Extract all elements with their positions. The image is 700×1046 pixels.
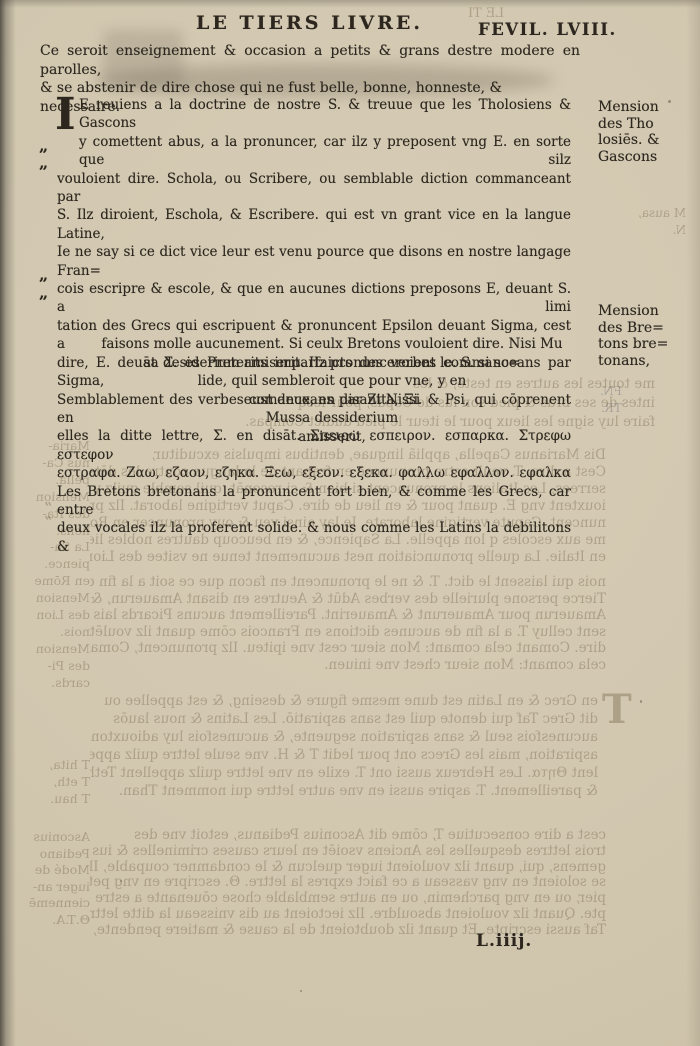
- taper-line: Mussa dessiderium: [70, 409, 594, 428]
- bleedthrough-block: en Grec & en Latin est dune mesme figure…: [90, 692, 598, 800]
- bleedthrough-margin-column: Asconius Pediano Modé de iuger an- cienn…: [26, 829, 90, 928]
- margin-quote-mark: „: [39, 158, 48, 168]
- text-line: S. Ilz diroient, Eschola, & Escribere. q…: [57, 206, 571, 243]
- margin-note-line: des Tho: [598, 116, 678, 133]
- text-line: Les Bretons bretonans la pronuncent fort…: [57, 483, 571, 520]
- drop-cap: I: [55, 97, 76, 133]
- intro-line: Ce seroit enseignement & occasion a peti…: [40, 42, 580, 79]
- margin-note-line: des Bre=: [598, 320, 678, 337]
- main-paragraph: I E reuiens a la doctrine de nostre S. &…: [57, 96, 571, 556]
- margin-note-line: Mension: [598, 99, 678, 116]
- taper-line: faisons molle aucunement. Si ceulx Breto…: [70, 335, 594, 354]
- bleedthrough-right-fragment: M ausa, N.: [638, 205, 686, 239]
- bleedthrough-drop-cap: T: [602, 690, 632, 730]
- signature-mark: L.iiij.: [476, 931, 532, 951]
- taper-line: sa desiderium amiserit. Ilz pronunceroie…: [70, 354, 594, 373]
- book-page: LE TI M ausa, N. FN. TR. me toutes les a…: [0, 0, 700, 1046]
- text-line: vouloient dire. Schola, ou Scribere, ou …: [57, 170, 571, 207]
- margin-note-line: tons bre=: [598, 336, 678, 353]
- taper-paragraph-end: faisons molle aucunement. Si ceulx Breto…: [70, 335, 594, 447]
- bleedthrough-block: nois qui laissent le dict. T. & ne le pr…: [90, 574, 606, 673]
- margin-quote-mark: „: [39, 270, 48, 280]
- margin-note-line: Gascons: [598, 149, 678, 166]
- margin-note-tholosiens: Mension des Tho losiēs. & Gascons: [598, 99, 678, 165]
- text-line: cois escripre & escole, & que en aucunes…: [57, 280, 571, 317]
- margin-quote-mark: „: [39, 141, 48, 151]
- taper-line: amisserit,: [70, 428, 594, 447]
- bleedthrough-quote-mark: „: [44, 506, 52, 523]
- greek-text-line: εστραφα. Ζαω, εζαον, εζηκα. Ξεω, εξεον. …: [57, 464, 571, 482]
- bleedthrough-block: cest a dire consecutiue T, cōme dit Asco…: [90, 828, 606, 939]
- margin-note-line: Mension: [598, 303, 678, 320]
- taper-line: lide, quil sembleroit que pour vne, y en: [70, 372, 594, 391]
- margin-quote-mark: „: [39, 288, 48, 298]
- margin-note-bretons: Mension des Bre= tons bre= tonans,: [598, 303, 678, 369]
- text-line: Ie ne say si ce dict vice leur est venu …: [57, 243, 571, 280]
- folio-number: FEVIL. LVIII.: [478, 20, 617, 39]
- running-title: LE TIERS LIVRE.: [196, 12, 423, 34]
- text-line: E reuiens a la doctrine de nostre S. & t…: [57, 96, 571, 133]
- bleedthrough-margin-column: T hita, T eth, T hau.: [26, 757, 90, 808]
- taper-line: eust deux, en disant Nissi: [70, 391, 594, 410]
- margin-note-line: tonans,: [598, 353, 678, 370]
- text-line: deux vocales ilz la proferent solide. & …: [57, 519, 571, 556]
- margin-note-line: losiēs. &: [598, 132, 678, 149]
- text-line: y comettent abus, a la pronuncer, car il…: [57, 133, 571, 170]
